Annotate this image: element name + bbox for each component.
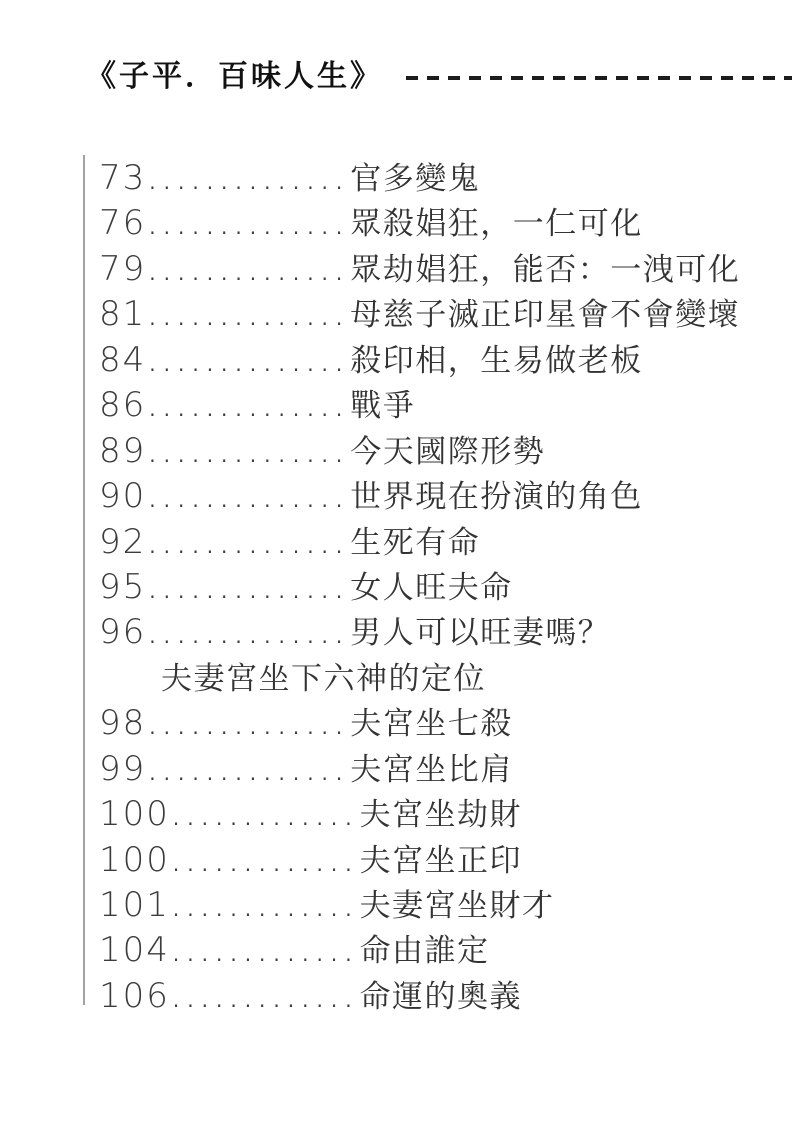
toc-leader-dots: ............. bbox=[173, 942, 360, 966]
toc-entry: 100.............夫宮坐正印 bbox=[99, 838, 779, 883]
toc-entry: 104.............命由誰定 bbox=[99, 928, 779, 973]
toc-entry-title: 命運的奧義 bbox=[360, 979, 523, 1015]
toc-page-number: 101 bbox=[99, 885, 170, 925]
toc-page-number: 106 bbox=[99, 976, 170, 1016]
toc-entry-title: 戰爭 bbox=[350, 388, 415, 424]
toc-leader-dots: .............. bbox=[149, 624, 350, 648]
toc-entry-title: 今天國際形勢 bbox=[350, 434, 545, 470]
toc-entry: 96..............男人可以旺妻嗎？ bbox=[99, 610, 779, 655]
toc-entry-title: 夫妻宮坐下六神的定位 bbox=[161, 661, 486, 697]
page-header: 《子平．百味人生》 bbox=[86, 51, 383, 97]
toc-leader-dots: .............. bbox=[149, 715, 350, 739]
toc-page-number: 104 bbox=[99, 930, 170, 970]
toc-page-number: 81 bbox=[99, 294, 146, 334]
toc-leader-dots: .............. bbox=[149, 306, 350, 330]
toc-entry: 92..............生死有命 bbox=[99, 520, 779, 565]
book-toc-page: 《子平．百味人生》 73..............官多變鬼 76.......… bbox=[0, 0, 792, 1127]
toc-page-number: 86 bbox=[99, 385, 146, 425]
toc-entry: 95..............女人旺夫命 bbox=[99, 565, 779, 610]
toc-leader-dots: .............. bbox=[149, 352, 350, 376]
toc-entry-title: 母慈子滅正印星會不會變壞 bbox=[350, 297, 740, 333]
toc-leader-dots: ............. bbox=[173, 988, 360, 1012]
toc-leader-dots: ............. bbox=[173, 897, 360, 921]
toc-page-number: 95 bbox=[99, 567, 146, 607]
toc-entry: 99..............夫宮坐比肩 bbox=[99, 747, 779, 792]
toc-page-number: 99 bbox=[99, 749, 146, 789]
toc-page-number: 98 bbox=[99, 703, 146, 743]
toc-entry: 101.............夫妻宮坐財才 bbox=[99, 883, 779, 928]
toc-page-number: 76 bbox=[99, 203, 146, 243]
toc-page-number: 89 bbox=[99, 431, 146, 471]
toc-leader-dots: .............. bbox=[149, 761, 350, 785]
book-title: 《子平．百味人生》 bbox=[86, 59, 383, 94]
toc-entry: 90..............世界現在扮演的角色 bbox=[99, 474, 779, 519]
toc-page-number: 90 bbox=[99, 476, 146, 516]
toc-page-number: 92 bbox=[99, 522, 146, 562]
toc-page-number: 100 bbox=[99, 840, 170, 880]
toc-leader-dots: ............. bbox=[173, 852, 360, 876]
toc-leader-dots: .............. bbox=[149, 488, 350, 512]
toc-entry-title: 女人旺夫命 bbox=[350, 570, 513, 606]
toc-page-number: 84 bbox=[99, 340, 146, 380]
toc-entry: 86..............戰爭 bbox=[99, 383, 779, 428]
toc-entry-title: 殺印相，生易做老板 bbox=[350, 343, 643, 379]
toc-page-number: 79 bbox=[99, 249, 146, 289]
toc-page-number: 73 bbox=[99, 158, 146, 198]
toc-leader-dots: .............. bbox=[149, 215, 350, 239]
toc-entry: 98..............夫宮坐七殺 bbox=[99, 701, 779, 746]
toc-entry-title: 夫宮坐正印 bbox=[360, 843, 523, 879]
toc-leader-dots: .............. bbox=[149, 443, 350, 467]
toc-page-number: 100 bbox=[99, 794, 170, 834]
toc-entry-title: 夫宮坐劫財 bbox=[360, 797, 523, 833]
toc-entry: 84..............殺印相，生易做老板 bbox=[99, 338, 779, 383]
toc-entry-title: 命由誰定 bbox=[360, 933, 490, 969]
toc-entry: 106.............命運的奧義 bbox=[99, 974, 779, 1019]
toc-entry: 89..............今天國際形勢 bbox=[99, 429, 779, 474]
toc-leader-dots: .............. bbox=[149, 534, 350, 558]
left-vertical-rule bbox=[83, 155, 85, 1005]
toc-list: 73..............官多變鬼 76..............眾殺娼… bbox=[99, 156, 779, 1019]
toc-leader-dots: .............. bbox=[149, 170, 350, 194]
toc-leader-dots: .............. bbox=[149, 397, 350, 421]
toc-section-heading: 夫妻宮坐下六神的定位 bbox=[99, 656, 779, 701]
toc-page-number: 96 bbox=[99, 612, 146, 652]
toc-entry: 76..............眾殺娼狂，一仁可化 bbox=[99, 201, 779, 246]
toc-entry: 79..............眾劫娼狂，能否：一洩可化 bbox=[99, 247, 779, 292]
toc-entry: 100.............夫宮坐劫財 bbox=[99, 792, 779, 837]
toc-entry-title: 夫宮坐比肩 bbox=[350, 752, 513, 788]
header-dashed-rule bbox=[406, 76, 792, 80]
toc-entry: 73..............官多變鬼 bbox=[99, 156, 779, 201]
toc-entry-title: 眾劫娼狂，能否：一洩可化 bbox=[350, 252, 740, 288]
toc-entry-title: 眾殺娼狂，一仁可化 bbox=[350, 206, 643, 242]
toc-entry-title: 夫宮坐七殺 bbox=[350, 706, 513, 742]
toc-entry-title: 男人可以旺妻嗎？ bbox=[350, 615, 610, 651]
toc-entry-title: 生死有命 bbox=[350, 525, 480, 561]
toc-leader-dots: ............. bbox=[173, 806, 360, 830]
toc-entry-title: 夫妻宮坐財才 bbox=[360, 888, 555, 924]
toc-leader-dots: .............. bbox=[149, 261, 350, 285]
toc-entry-title: 世界現在扮演的角色 bbox=[350, 479, 643, 515]
toc-leader-dots: .............. bbox=[149, 579, 350, 603]
toc-entry-title: 官多變鬼 bbox=[350, 161, 480, 197]
toc-entry: 81..............母慈子滅正印星會不會變壞 bbox=[99, 292, 779, 337]
